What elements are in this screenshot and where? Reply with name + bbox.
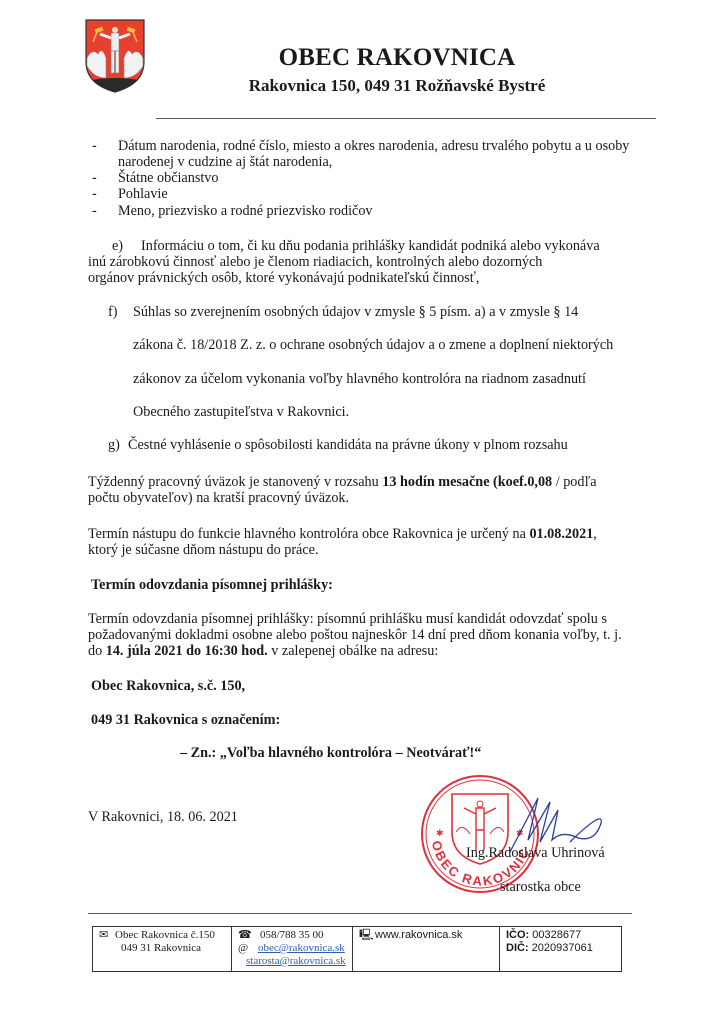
item-e-marker: e) <box>112 238 123 254</box>
workload-paragraph: Týždenný pracovný úväzok je stanovený v … <box>88 474 597 490</box>
page-title: OBEC RAKOVNICA <box>0 44 724 72</box>
email-link[interactable]: starosta@rakovnica.sk <box>238 955 346 967</box>
list-item: Meno, priezvisko a rodné priezvisko rodi… <box>118 203 373 219</box>
item-f-line: Súhlas so zverejnením osobných údajov v … <box>133 304 578 320</box>
list-bullet: - <box>92 186 97 202</box>
item-g-marker: g) <box>108 437 120 453</box>
footer-divider <box>88 913 632 914</box>
signatory-name: Ing.Radoslava Uhrinová <box>466 845 605 861</box>
ico-label: IČO: <box>506 929 529 941</box>
item-e-line: inú zárobkovú činnosť alebo je členom ri… <box>88 254 542 270</box>
footer-address: 049 31 Rakovnica <box>99 942 201 954</box>
deadline-heading: Termín odovzdania písomnej prihlášky: <box>91 577 333 593</box>
address-line: Obec Rakovnica, s.č. 150, <box>91 678 245 694</box>
website-link[interactable]: www.rakovnica.sk <box>375 929 462 941</box>
svg-text:✱: ✱ <box>436 828 444 838</box>
footer-phone: 058/788 35 00 <box>254 929 324 941</box>
start-date-text: , <box>593 526 597 542</box>
deadline-line: požadovanými dokladmi osobne alebo pošto… <box>88 627 622 643</box>
footer-contact-cell: ☎058/788 35 00 @obec@rakovnica.sk staros… <box>232 927 353 972</box>
item-g-text: Čestné vyhlásenie o spôsobilosti kandidá… <box>128 437 568 453</box>
envelope-icon: ✉ <box>99 929 115 942</box>
item-e-line: Informáciu o tom, či ku dňu podania prih… <box>141 238 600 254</box>
list-item: Pohlavie <box>118 186 168 202</box>
start-date-text: Termín nástupu do funkcie hlavného kontr… <box>88 526 529 542</box>
ico-value: 00328677 <box>529 929 581 941</box>
header-divider <box>156 118 656 119</box>
start-date-value: 01.08.2021 <box>529 526 593 542</box>
workload-text: / podľa <box>552 474 596 490</box>
list-bullet: - <box>92 170 97 186</box>
start-date-line2: ktorý je súčasne dňom nástupu do práce. <box>88 542 319 558</box>
list-bullet: - <box>92 203 97 219</box>
deadline-date: 14. júla 2021 do 16:30 hod. <box>106 643 268 659</box>
footer-address-cell: ✉Obec Rakovnica č.150 049 31 Rakovnica <box>93 927 232 972</box>
address-subtitle: Rakovnica 150, 049 31 Rožňavské Bystré <box>0 76 724 96</box>
item-f-line: Obecného zastupiteľstva v Rakovnici. <box>133 404 349 420</box>
phone-icon: ☎ <box>238 929 254 942</box>
workload-line2: počtu obyvateľov) na kratší pracovný úvä… <box>88 490 349 506</box>
deadline-text: do <box>88 643 106 659</box>
item-f-line: zákona č. 18/2018 Z. z. o ochrane osobný… <box>133 337 613 353</box>
workload-hours: 13 hodín mesačne (koef.0,08 <box>382 474 552 490</box>
list-item: Štátne občianstvo <box>118 170 218 186</box>
deadline-line: do 14. júla 2021 do 16:30 hod. v zalepen… <box>88 643 438 659</box>
dic-value: 2020937061 <box>529 942 593 954</box>
envelope-marking: – Zn.: „Voľba hlavného kontrolóra – Neot… <box>180 745 481 761</box>
footer-contact-table: ✉Obec Rakovnica č.150 049 31 Rakovnica ☎… <box>92 926 622 972</box>
item-f-line: zákonov za účelom vykonania voľby hlavné… <box>133 371 586 387</box>
footer-address: Obec Rakovnica č.150 <box>115 929 215 941</box>
place-date: V Rakovnici, 18. 06. 2021 <box>88 809 238 825</box>
address-line: 049 31 Rakovnica s označením: <box>91 712 280 728</box>
list-item: Dátum narodenia, rodné číslo, miesto a o… <box>118 138 629 154</box>
signatory-role: starostka obce <box>500 879 581 895</box>
computer-icon: 🖳 <box>359 929 375 942</box>
list-item-continuation: narodenej v cudzine aj štát narodenia, <box>118 154 332 170</box>
email-link[interactable]: obec@rakovnica.sk <box>254 942 345 954</box>
item-f-marker: f) <box>108 304 117 320</box>
at-icon: @ <box>238 942 254 955</box>
deadline-line: Termín odovzdania písomnej prihlášky: pí… <box>88 611 607 627</box>
deadline-text: v zalepenej obálke na adresu: <box>268 643 439 659</box>
list-bullet: - <box>92 138 97 154</box>
workload-text: Týždenný pracovný úväzok je stanovený v … <box>88 474 382 490</box>
start-date-paragraph: Termín nástupu do funkcie hlavného kontr… <box>88 526 597 542</box>
dic-label: DIČ: <box>506 942 529 954</box>
footer-web-cell: 🖳www.rakovnica.sk <box>353 927 500 972</box>
footer-ids-cell: IČO: 00328677 DIČ: 2020937061 <box>500 927 622 972</box>
item-e-line: orgánov právnických osôb, ktoré vykonáva… <box>88 270 479 286</box>
